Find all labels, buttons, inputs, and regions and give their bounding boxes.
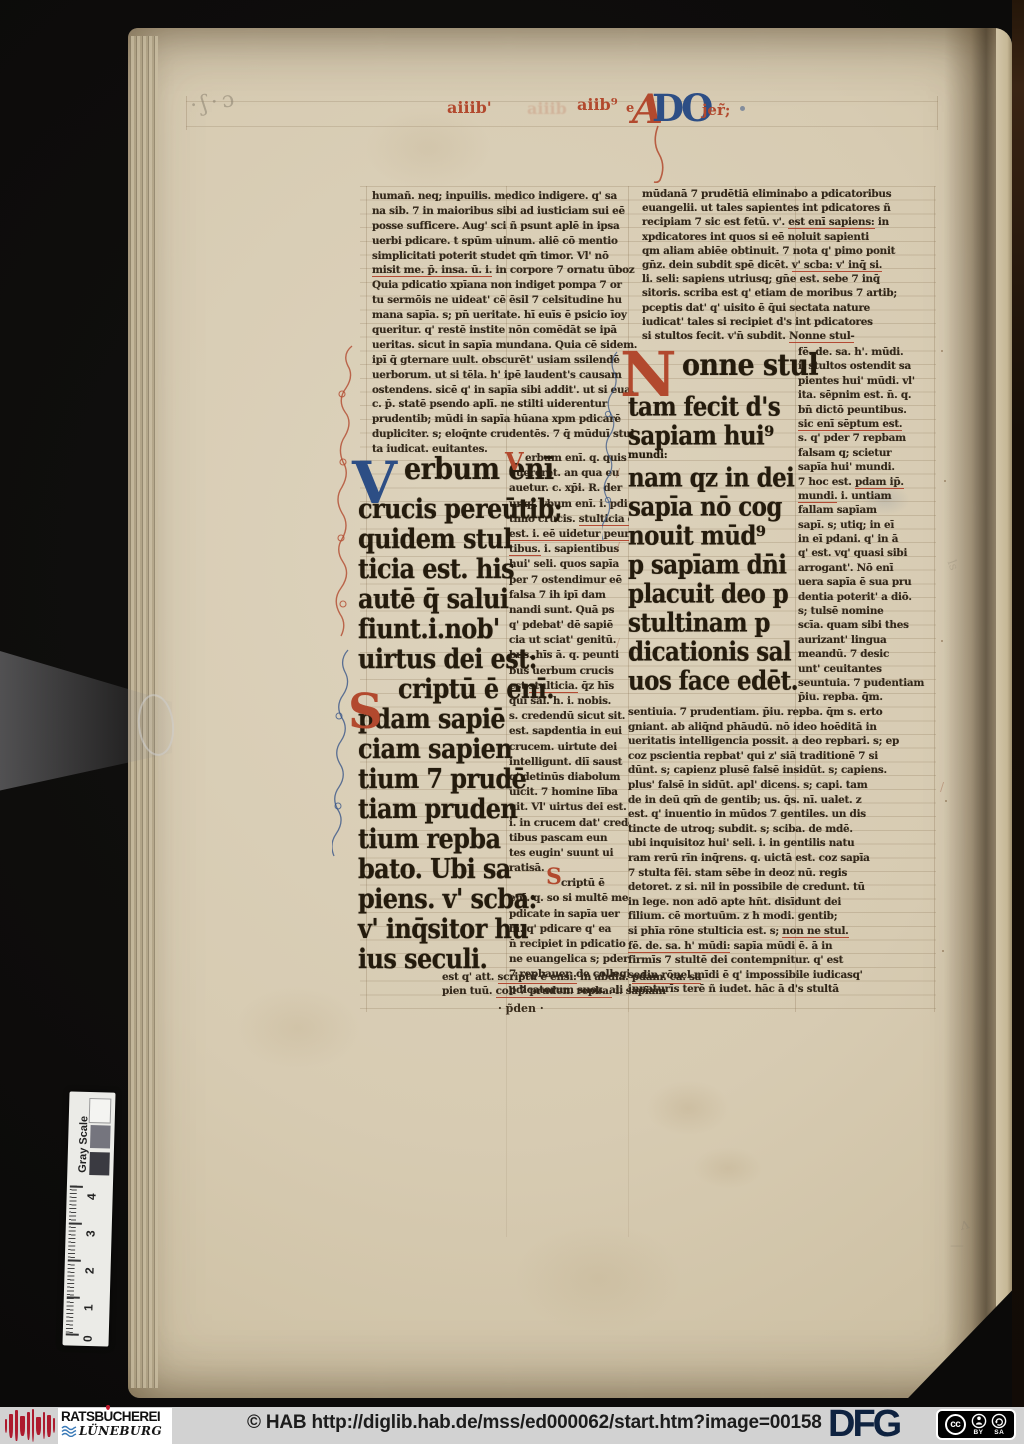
cc-by-item: BY — [971, 1413, 987, 1436]
page-stack-edge — [130, 36, 158, 1388]
wormhole-speck — [942, 950, 944, 952]
ruler-major-tick — [70, 1185, 83, 1187]
library-name-pre: RATSB — [61, 1409, 104, 1424]
gloss-column-right: fē. de. sa. h'. mūdi.i. stultos ostendit… — [798, 346, 936, 706]
wormhole-speck — [941, 350, 943, 352]
wormhole-speck — [941, 640, 943, 642]
grayscale-patch-dark — [89, 1152, 110, 1176]
catchword: · p̃den · — [498, 1002, 544, 1015]
cc-icon: cc — [945, 1414, 966, 1435]
initial-S-small-red: S — [546, 866, 562, 888]
library-name-umlaut: U — [104, 1409, 113, 1424]
copyright-url-text: © HAB http://diglib.hab.de/mss/ed000062/… — [247, 1412, 822, 1434]
grayscale-patch-white — [89, 1098, 112, 1124]
book-gutter-shadow — [944, 28, 998, 1398]
library-city: LÜNEBURG — [79, 1424, 162, 1438]
grayscale-patch-gray — [90, 1125, 111, 1149]
cc-sa-arrow-icon — [991, 1413, 1007, 1429]
running-header-mid: aiib⁹ — [577, 95, 618, 114]
book-cover-edge — [1012, 0, 1024, 1444]
wormhole-speck — [944, 480, 946, 482]
header-blue-dot — [740, 106, 745, 111]
ruler-major-tick — [68, 1259, 81, 1261]
cc-by-person-icon — [971, 1413, 987, 1429]
ruler-major-tick — [67, 1296, 80, 1298]
ruler-label: 3 — [83, 1225, 95, 1237]
blue-penwork-flourish — [332, 646, 356, 886]
gloss-block-top-right: mūdanā 7 prudētiā eliminabo a pdicatorib… — [642, 188, 934, 344]
running-header-ghost: aiiib — [527, 99, 567, 118]
ruler-label: 4 — [85, 1188, 97, 1200]
cc-sa-item: SA — [991, 1413, 1007, 1436]
correction-slash: / — [616, 636, 620, 650]
dfg-logo: DFG — [828, 1403, 899, 1444]
waves-icon — [61, 1425, 77, 1437]
gloss-block-top-left: humañ. neq; inpuilis. medico indigere. q… — [372, 190, 628, 458]
cc-license-badge: cc BY SA — [936, 1409, 1016, 1440]
ratsbuecherei-logo-icon — [5, 1409, 55, 1442]
gloss-block-bottom: sentiuia. 7 prudentiam. p̄iu. repba. q̄m… — [628, 706, 936, 998]
grayscale-calibration-ruler: Gray Scale 4 3 2 1 0 — [62, 1091, 115, 1346]
facing-page-sliver — [996, 28, 1012, 1398]
ruler-label: 0 — [81, 1330, 93, 1342]
ruler-major-tick — [69, 1222, 82, 1224]
ruler-label: 1 — [81, 1299, 93, 1311]
correction-slash: / — [940, 780, 944, 794]
library-city-row: LÜNEBURG — [61, 1424, 169, 1438]
blue-penwork-flourish-center — [602, 350, 624, 565]
library-name-post: CHEREI — [113, 1409, 160, 1424]
library-name: RATSBUCHEREI — [61, 1409, 169, 1424]
red-penwork-flourish — [334, 342, 360, 652]
ruler-major-tick — [66, 1333, 79, 1335]
cc-by-label: BY — [973, 1429, 983, 1436]
initial-V-small-red: V — [505, 450, 524, 474]
correction-slash: / — [616, 540, 620, 554]
initial-N-red: N — [620, 344, 677, 406]
running-header-left: aiiib' — [447, 98, 492, 117]
cc-sa-label: SA — [994, 1429, 1004, 1436]
pencil-dash: — — [950, 1238, 964, 1254]
ruler-label: 2 — [82, 1262, 94, 1274]
header-monogram-tail-flourish — [646, 124, 676, 184]
library-logo-box: RATSBUCHEREI LÜNEBURG — [58, 1408, 172, 1444]
running-header-right: jer̃; — [702, 101, 730, 119]
wormhole-speck — [945, 800, 947, 802]
correction-slash: / — [616, 466, 620, 480]
